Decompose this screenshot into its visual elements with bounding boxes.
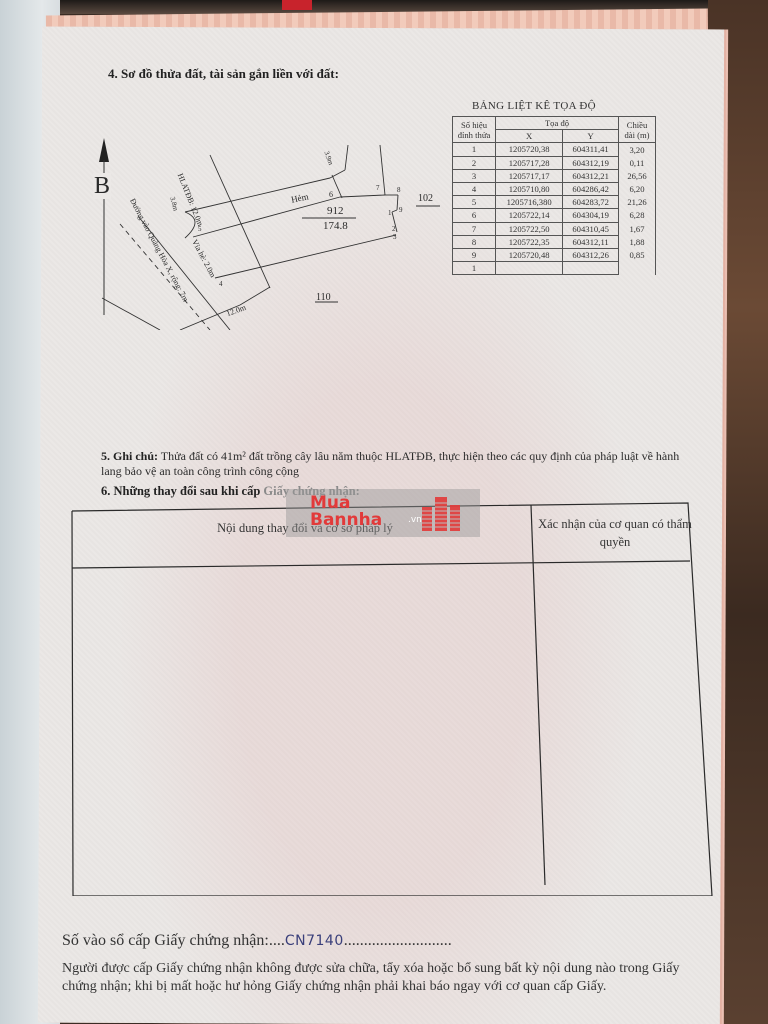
coord-cell-id: 7: [453, 222, 496, 235]
coord-table-row: 61205722,14604304,196,28: [453, 209, 656, 222]
coord-cell-x: 1205716,380: [496, 196, 563, 209]
coord-table-row: 71205722,50604310,451,67: [453, 222, 656, 235]
building-icon: [422, 495, 462, 531]
coord-table-row: 91205720,48604312,260,85: [453, 248, 656, 261]
section-5-label: 5. Ghi chú:: [101, 449, 158, 463]
vertex-7: 7: [376, 184, 380, 192]
coord-cell-len: [619, 262, 656, 275]
coord-cell-x: 1205720,48: [496, 248, 563, 261]
coord-table-row: 81205722,35604312,111,88: [453, 235, 656, 248]
coord-table-title: BẢNG LIỆT KÊ TỌA ĐỘ: [472, 100, 596, 112]
coord-table-row: 21205717,28604312,190,11: [453, 156, 656, 169]
parcel-area: 174.8: [323, 220, 348, 232]
header-coord: Tọa độ: [496, 117, 619, 130]
header-vertex: Số hiệu đỉnh thửa: [453, 117, 496, 143]
vertex-8: 8: [397, 186, 401, 194]
coord-cell-x: 1205717,28: [496, 156, 563, 169]
coord-cell-y: [563, 262, 619, 275]
vertex-5: 5: [198, 225, 202, 233]
coord-cell-id: 3: [453, 169, 496, 182]
header-length: Chiều dài (m): [619, 117, 656, 143]
coord-cell-len: 0,11: [619, 156, 656, 169]
coord-cell-x: 1205722,14: [496, 209, 563, 222]
coord-cell-y: 604312,21: [563, 169, 619, 182]
registration-label: Số vào sổ cấp Giấy chứng nhận:....: [62, 932, 285, 949]
section-5-text: Thửa đất có 41m² đất trồng cây lâu năm t…: [101, 449, 679, 478]
coord-table-row: 31205717,17604312,2126,56: [453, 169, 656, 182]
coord-cell-x: 1205720,38: [496, 143, 563, 156]
flag-decoration: [282, 0, 312, 10]
registration-number: Số vào sổ cấp Giấy chứng nhận:....CN7140…: [62, 932, 452, 950]
vertex-4: 4: [219, 280, 223, 288]
footer-warning: Người được cấp Giấy chứng nhận không đượ…: [62, 960, 712, 996]
changes-table: Nội dung thay đổi và cơ sở pháp lý Xác n…: [70, 501, 710, 896]
coord-cell-len: 21,26: [619, 196, 656, 209]
coord-cell-len: 6,28: [619, 209, 656, 222]
changes-col-approval: Xác nhận của cơ quan có thẩm quyền: [535, 515, 695, 551]
vertex-3: 3: [393, 233, 397, 241]
vertex-9: 9: [399, 206, 403, 214]
coord-cell-id: 9: [453, 248, 496, 261]
coord-table-row: 41205710,80604286,426,20: [453, 182, 656, 195]
coord-cell-id: 2: [453, 156, 496, 169]
coord-cell-y: 604286,42: [563, 182, 619, 195]
coord-cell-len: 1,88: [619, 235, 656, 248]
coord-cell-y: 604283,72: [563, 196, 619, 209]
vertex-1: 1: [388, 209, 392, 217]
coord-cell-len: 0,85: [619, 248, 656, 261]
coord-cell-id: 4: [453, 182, 496, 195]
coord-cell-y: 604304,19: [563, 209, 619, 222]
coord-cell-y: 604312,26: [563, 248, 619, 261]
coord-cell-len: 26,56: [619, 169, 656, 182]
parcel-number: 912: [327, 205, 344, 217]
coord-cell-y: 604311,41: [563, 143, 619, 156]
section-6-label: 6. Những thay đổi sau khi cấp: [101, 484, 260, 498]
coord-table-row: 51205716,380604283,7221,26: [453, 196, 656, 209]
section-5-note: 5. Ghi chú: Thửa đất có 41m² đất trồng c…: [101, 449, 691, 479]
changes-table-lines: [70, 501, 715, 896]
coord-cell-id: 5: [453, 196, 496, 209]
coord-table-row: 11205720,38604311,413,20: [453, 143, 656, 156]
vertex-6: 6: [329, 190, 333, 199]
registration-value: CN7140: [285, 933, 344, 949]
header-y: Y: [563, 130, 619, 143]
watermark-suffix: .vn: [408, 515, 422, 525]
coord-cell-y: 604310,45: [563, 222, 619, 235]
coord-cell-id: 1: [453, 262, 496, 275]
neighbor-parcel-110: 110: [316, 292, 331, 303]
coord-table: Số hiệu đỉnh thửa Tọa độ Chiều dài (m) X…: [452, 116, 656, 275]
coord-cell-y: 604312,11: [563, 235, 619, 248]
coord-cell-len: 6,20: [619, 182, 656, 195]
coord-cell-len: 3,20: [619, 143, 656, 156]
coord-cell-id: 8: [453, 235, 496, 248]
coord-cell-x: 1205710,80: [496, 182, 563, 195]
coord-table-row: 1: [453, 262, 656, 275]
watermark-line2: Bannha: [310, 512, 382, 529]
coord-cell-x: 1205722,50: [496, 222, 563, 235]
coord-cell-y: 604312,19: [563, 156, 619, 169]
coord-cell-x: 1205717,17: [496, 169, 563, 182]
registration-dots: ...........................: [344, 932, 452, 949]
coord-cell-x: [496, 262, 563, 275]
neighbor-parcel-102: 102: [418, 193, 433, 204]
header-x: X: [496, 130, 563, 143]
coord-cell-x: 1205722,35: [496, 235, 563, 248]
vertex-2: 2: [392, 225, 396, 233]
section-4-title: 4. Sơ đồ thửa đất, tài sản gắn liền với …: [108, 66, 339, 82]
coord-cell-id: 6: [453, 209, 496, 222]
coord-cell-id: 1: [453, 143, 496, 156]
coord-cell-len: 1,67: [619, 222, 656, 235]
watermark-text: Mua Bannha: [310, 495, 382, 529]
watermark-logo: Mua Bannha .vn: [286, 489, 480, 537]
